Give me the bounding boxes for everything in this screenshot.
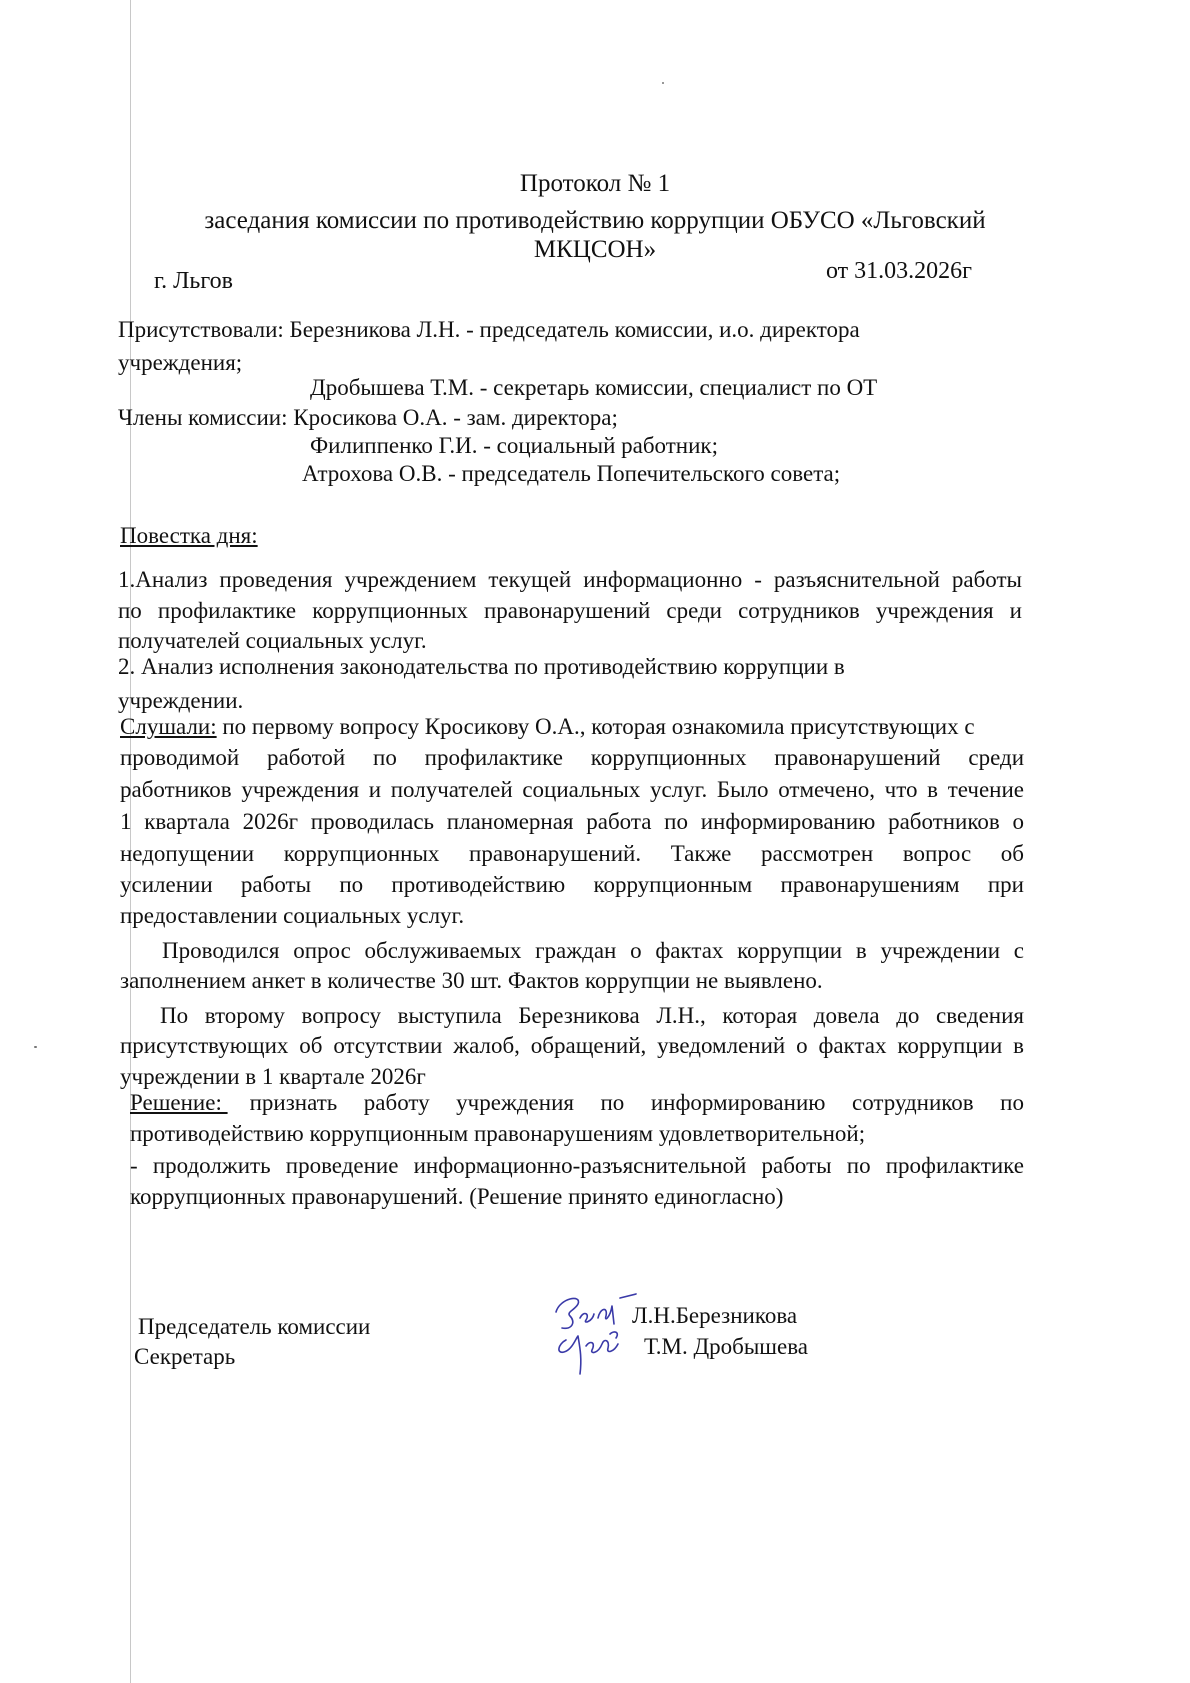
heard-line: предоставлении социальных услуг. (120, 902, 464, 930)
chair-name: Л.Н.Березникова (632, 1302, 797, 1330)
survey-line: Проводился опрос обслуживаемых граждан о… (162, 937, 1024, 965)
decision-underline-gap (228, 1089, 250, 1117)
member-item: Кросикова О.А. - зам. директора; (293, 405, 618, 430)
secretary-name: Т.М. Дробышева (644, 1333, 808, 1361)
heard-first-row: Слушали: по первому вопросу Кросикову О.… (120, 713, 975, 741)
heard-text: по первому вопросу Кросикову О.А., котор… (217, 714, 975, 739)
chair-role: Председатель комиссии (138, 1313, 370, 1341)
agenda-item1-line: 1.Анализ проведения учреждением текущей … (118, 566, 1022, 594)
document-subtitle-line2: МКЦСОН» (0, 236, 1190, 264)
scan-speck (34, 1046, 37, 1048)
decision-text: признать работу учреждения по информиров… (250, 1089, 1024, 1117)
survey-line: заполнением анкет в количестве 30 шт. Фа… (120, 967, 823, 995)
decision-line: противодействию коррупционным правонаруш… (130, 1120, 865, 1148)
scan-speck (662, 82, 664, 84)
present-label: Присутствовали: (118, 317, 284, 342)
agenda-label: Повестка дня: (120, 522, 258, 550)
second-question-line: присутствующих об отсутствии жалоб, обра… (120, 1032, 1024, 1060)
document-title: Протокол № 1 (0, 170, 1190, 198)
decision-line: коррупционных правонарушений. (Решение п… (130, 1183, 783, 1211)
heard-line: проводимой работой по профилактике корру… (120, 744, 1024, 772)
heard-line: недопущении коррупционных правонарушений… (120, 840, 1024, 868)
heard-label: Слушали: (120, 714, 217, 739)
agenda-item1-line: получателей социальных услуг. (118, 627, 427, 655)
second-question-line: По второму вопросу выступила Березникова… (160, 1002, 1024, 1030)
heard-line: усилении работы по противодействию корру… (120, 871, 1024, 899)
decision-label: Решение: (130, 1089, 228, 1117)
agenda-item2-line: 2. Анализ исполнения законодательства по… (118, 653, 845, 681)
members-label: Члены комиссии: (118, 405, 288, 430)
members-row: Члены комиссии: Кросикова О.А. - зам. ди… (118, 404, 618, 432)
chair-attendee: Березникова Л.Н. - председатель комиссии… (290, 317, 860, 342)
agenda-item1-line: по профилактике коррупционных правонаруш… (118, 597, 1022, 625)
decision-line: - продолжить проведение информационно-ра… (130, 1152, 1024, 1180)
chair-attendee-cont: учреждения; (118, 349, 242, 377)
member-item: Атрохова О.В. - председатель Попечительс… (302, 460, 840, 488)
document-date: от 31.03.2026г (826, 257, 972, 285)
heard-line: работников учреждения и получателей соци… (120, 776, 1024, 804)
secretary-attendee: Дробышева Т.М. - секретарь комиссии, спе… (310, 374, 877, 402)
attendees-present-row: Присутствовали: Березникова Л.Н. - предс… (118, 316, 860, 344)
secretary-role: Секретарь (134, 1343, 235, 1371)
document-subtitle-line1: заседания комиссии по противодействию ко… (0, 207, 1190, 235)
decision-first-row: Решение: признать работу учреждения по и… (130, 1089, 1024, 1117)
second-question-line: учреждении в 1 квартале 2026г (120, 1063, 426, 1091)
heard-line: 1 квартала 2026г проводилась планомерная… (120, 808, 1024, 836)
document-city: г. Льгов (154, 267, 233, 295)
handwritten-signature-icon (548, 1288, 640, 1376)
agenda-item2-line: учреждении. (118, 687, 243, 715)
member-item: Филиппенко Г.И. - социальный работник; (310, 432, 718, 460)
